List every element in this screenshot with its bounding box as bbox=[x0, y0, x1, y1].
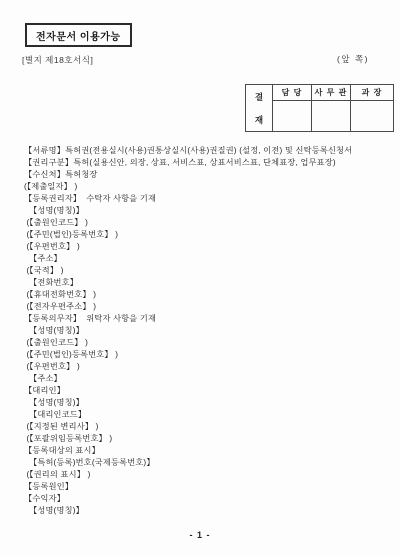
form-field-rightholder-mobile: (【휴대전화번호】 ) bbox=[24, 289, 394, 301]
form-field-obligor-resident-number: (【주민(법인)등록번호】 ) bbox=[24, 349, 394, 361]
electronic-document-stamp-label: 전자문서 이용가능 bbox=[36, 32, 121, 43]
form-field-obligor-name: 【성명(명칭)】 bbox=[24, 325, 394, 337]
form-field-rightholder-postal-code: (【우편번호】 ) bbox=[24, 241, 394, 253]
page-number: - 1 - bbox=[0, 530, 400, 540]
form-field-obligor-address: 【주소】 bbox=[24, 373, 394, 385]
form-field-beneficiary: 【수익자】 bbox=[24, 493, 394, 505]
form-field-rightholder-address: 【주소】 bbox=[24, 253, 394, 265]
form-field-registration-obligor: 【등록의무자】 위탁자 사항을 기재 bbox=[24, 313, 394, 325]
form-field-registration-subject: 【등록대상의 표시】 bbox=[24, 445, 394, 457]
form-field-document-name: 【서류명】특허권(전용실시(사용)권통상실시(사용)권질권) (설정, 이전) … bbox=[24, 145, 394, 157]
approval-sign-cell-deputy-director bbox=[312, 101, 351, 132]
form-field-registration-cause: 【등록원인】 bbox=[24, 481, 394, 493]
form-field-agent-code: 【대리인코드】 bbox=[24, 409, 394, 421]
form-field-obligor-applicant-code: (【출원인코드】 ) bbox=[24, 337, 394, 349]
scanned-form-page: 전자문서 이용가능 [별지 제18호서식] (앞 쪽) 결 재 담 당 사 무 … bbox=[0, 0, 400, 557]
form-field-comprehensive-delegation-number: (【포괄위임등록번호】 ) bbox=[24, 433, 394, 445]
approval-signoff-table: 결 재 담 당 사 무 관 과 장 bbox=[245, 84, 394, 132]
front-side-label: (앞 쪽) bbox=[337, 53, 369, 65]
form-reference-label: [별지 제18호서식] bbox=[22, 54, 93, 66]
form-field-rightholder-email: (【전자우편주소】 ) bbox=[24, 301, 394, 313]
form-field-agent-name: 【성명(명칭)】 bbox=[24, 397, 394, 409]
approval-col-staff: 담 당 bbox=[273, 85, 312, 101]
approval-sign-cell-director bbox=[351, 101, 394, 132]
electronic-document-stamp: 전자문서 이용가능 bbox=[25, 23, 132, 47]
approval-signoff-top: 결 bbox=[255, 91, 263, 103]
form-field-registration-rightholder: 【등록권리자】 수탁자 사항을 기재 bbox=[24, 193, 394, 205]
form-field-designated-attorney: (【지정된 변리사】 ) bbox=[24, 421, 394, 433]
form-field-rightholder-phone: 【전화번호】 bbox=[24, 277, 394, 289]
form-field-submission-date: (【제출일자】 ) bbox=[24, 181, 394, 193]
approval-col-deputy-director: 사 무 관 bbox=[312, 85, 351, 101]
form-field-recipient: 【수신처】특허청장 bbox=[24, 169, 394, 181]
approval-col-director: 과 장 bbox=[351, 85, 394, 101]
form-field-beneficiary-name: 【성명(명칭)】 bbox=[24, 505, 394, 517]
form-field-right-category: 【권리구분】특허(실용신안, 의장, 상표, 서비스표, 상표서비스표, 단체표… bbox=[24, 157, 394, 169]
form-field-agent: 【대리인】 bbox=[24, 385, 394, 397]
form-field-rightholder-resident-number: (【주민(법인)등록번호】 ) bbox=[24, 229, 394, 241]
form-field-patent-registration-number: 【특허(등록)번호(국제등록번호)】 bbox=[24, 457, 394, 469]
approval-signoff-bottom: 재 bbox=[255, 114, 263, 126]
form-field-right-indication: (【권리의 표시】 ) bbox=[24, 469, 394, 481]
approval-sign-cell-staff bbox=[273, 101, 312, 132]
form-field-rightholder-applicant-code: (【출원인코드】 ) bbox=[24, 217, 394, 229]
form-field-rightholder-name: 【성명(명칭)】 bbox=[24, 205, 394, 217]
form-field-list: 【서류명】특허권(전용실시(사용)권통상실시(사용)권질권) (설정, 이전) … bbox=[24, 145, 394, 517]
approval-signoff-cell: 결 재 bbox=[246, 85, 273, 132]
approval-signoff-stack: 결 재 bbox=[246, 85, 272, 131]
form-field-rightholder-nationality: (【국적】 ) bbox=[24, 265, 394, 277]
form-field-obligor-postal-code: (【우편번호】 ) bbox=[24, 361, 394, 373]
